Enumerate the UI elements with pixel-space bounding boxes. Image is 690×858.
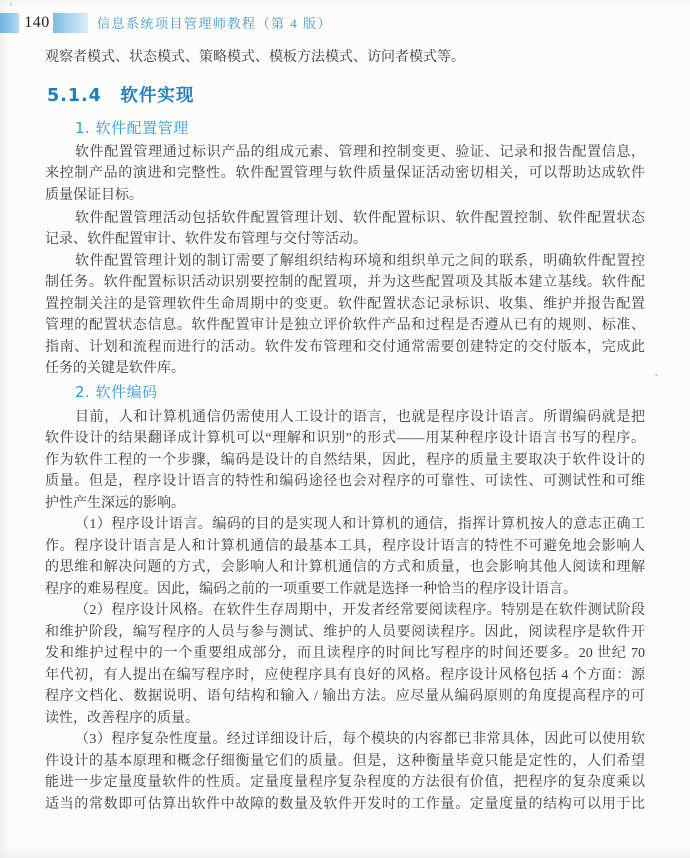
text-line: 发和维护过程中的一个重要组成部分，而且读程序的时间比写程序的时间还要多。20 世…	[45, 643, 645, 665]
text-line: 件设计的基本原理和概念仔细衡量它们的质量。但是，这种衡量毕竟只能是定性的，人们希…	[45, 751, 645, 773]
text-line: 目前，人和计算机通信仍需使用人工设计的语言，也就是程序设计语言。所谓编码就是把	[45, 407, 645, 429]
text-line: 软件设计的结果翻译成计算机可以“理解和识别”的形式——用某种程序设计语言书写的程…	[45, 428, 645, 450]
continuation-line: 观察者模式、状态模式、策略模式、模板方法模式、访问者模式等。	[45, 47, 645, 69]
paragraph-programming-style: （2）程序设计风格。在软件生存周期中，开发者经常要阅读程序。特别是在软件测试阶段…	[45, 600, 645, 729]
text-line: 年代初，有人提出在编写程序时，应使程序具有良好的风格。程序设计风格包括 4 个方…	[45, 665, 645, 687]
section-heading-5-1-4: 5.1.4 软件实现	[47, 83, 645, 109]
header-accent-band-left	[0, 13, 19, 33]
text-line: 记录、软件配置审计、软件发布管理与交付等活动。	[45, 229, 645, 251]
text-line: 作。程序设计语言是人和计算机通信的最基本工具，程序设计语言的特性不可避免地会影响…	[45, 536, 645, 558]
paragraph-coding-overview: 目前，人和计算机通信仍需使用人工设计的语言，也就是程序设计语言。所谓编码就是把 …	[45, 407, 645, 515]
text-line: 软件配置管理计划的制订需要了解组织结构环境和组织单元之间的联系，明确软件配置控	[45, 251, 645, 273]
text-line: 程序文档化、数据说明、语句结构和输入 / 输出方法。应尽量从编码原则的角度提高程…	[45, 686, 645, 708]
text-line: 任务的关键是软件库。	[45, 358, 645, 380]
subsection-heading-software-configuration-management: 1. 软件配置管理	[75, 118, 645, 138]
book-page: 140 信息系统项目管理师教程（第 4 版） 观察者模式、状态模式、策略模式、模…	[0, 0, 690, 858]
paragraph-program-complexity-measurement: （3）程序复杂性度量。经过详细设计后，每个模块的内容都已非常具体，因此可以使用软…	[45, 729, 645, 815]
text-line: 管理的配置状态信息。软件配置审计是独立评价软件产品和过程是否遵从已有的规则、标准…	[45, 315, 645, 337]
text-line: 质量保证目标。	[45, 185, 645, 207]
text-line: 和维护阶段，编写程序的人员与参与测试、维护的人员要阅读程序。因此，阅读程序是软件…	[45, 622, 645, 644]
text-line: 适当的常数即可估算出软件中故障的数量及软件开发时的工作量。定量度量的结构可以用于…	[45, 794, 645, 816]
text-line: （1）程序设计语言。编码的目的是实现人和计算机的通信，指挥计算机按人的意志正确工	[45, 514, 645, 536]
text-line: （3）程序复杂性度量。经过详细设计后，每个模块的内容都已非常具体，因此可以使用软	[45, 729, 645, 751]
subsection-heading-software-coding: 2. 软件编码	[75, 382, 645, 402]
text-line: 指南、计划和流程而进行的活动。软件发布管理和交付通常需要创建特定的交付版本，完成…	[45, 337, 645, 359]
text-line: 来控制产品的演进和完整性。软件配置管理与软件质量保证活动密切相关，可以帮助达成软…	[45, 163, 645, 185]
text-line: 置控制关注的是管理软件生命周期中的变更。软件配置状态记录标识、收集、维护并报告配…	[45, 294, 645, 316]
paragraph-config-mgmt-activities: 软件配置管理活动包括软件配置管理计划、软件配置标识、软件配置控制、软件配置状态 …	[45, 208, 645, 251]
text-line: 的思维和解决问题的方式，会影响人和计算机通信的方式和质量，也会影响其他人阅读和理…	[45, 557, 645, 579]
text-line: 能进一步定量度量软件的性质。定量度量程序复杂程度的方法很有价值，把程序的复杂度乘…	[45, 772, 645, 794]
text-line: （2）程序设计风格。在软件生存周期中，开发者经常要阅读程序。特别是在软件测试阶段	[45, 600, 645, 622]
text-line: 护性产生深远的影响。	[45, 493, 645, 515]
paragraph-config-mgmt-details: 软件配置管理计划的制订需要了解组织结构环境和组织单元之间的联系，明确软件配置控 …	[45, 251, 645, 380]
text-line: 作为软件工程的一个步骤，编码是设计的自然结果，因此，程序的质量主要取决于软件设计…	[45, 450, 645, 472]
page-number: 140	[23, 13, 51, 33]
scan-speck	[655, 374, 658, 376]
running-head-book-title: 信息系统项目管理师教程（第 4 版）	[97, 15, 332, 32]
page-body: 观察者模式、状态模式、策略模式、模板方法模式、访问者模式等。 5.1.4 软件实…	[45, 47, 645, 815]
text-line: 质量。但是，程序设计语言的特性和编码途径也会对程序的可靠性、可读性、可测试性和可…	[45, 471, 645, 493]
header-accent-band-right	[53, 13, 88, 33]
text-line: 制任务。软件配置标识活动识别要控制的配置项，并为这些配置项及其版本建立基线。软件…	[45, 272, 645, 294]
text-line: 程序的难易程度。因此，编码之前的一项重要工作就是选择一种恰当的程序设计语言。	[45, 579, 645, 601]
scan-speck	[10, 3, 12, 6]
paragraph-programming-language: （1）程序设计语言。编码的目的是实现人和计算机的通信，指挥计算机按人的意志正确工…	[45, 514, 645, 600]
paragraph-config-mgmt-overview: 软件配置管理通过标识产品的组成元素、管理和控制变更、验证、记录和报告配置信息， …	[45, 142, 645, 207]
text-line: 读性，改善程序的质量。	[45, 708, 645, 730]
text-line: 软件配置管理活动包括软件配置管理计划、软件配置标识、软件配置控制、软件配置状态	[45, 208, 645, 230]
text-line: 软件配置管理通过标识产品的组成元素、管理和控制变更、验证、记录和报告配置信息，	[45, 142, 645, 164]
